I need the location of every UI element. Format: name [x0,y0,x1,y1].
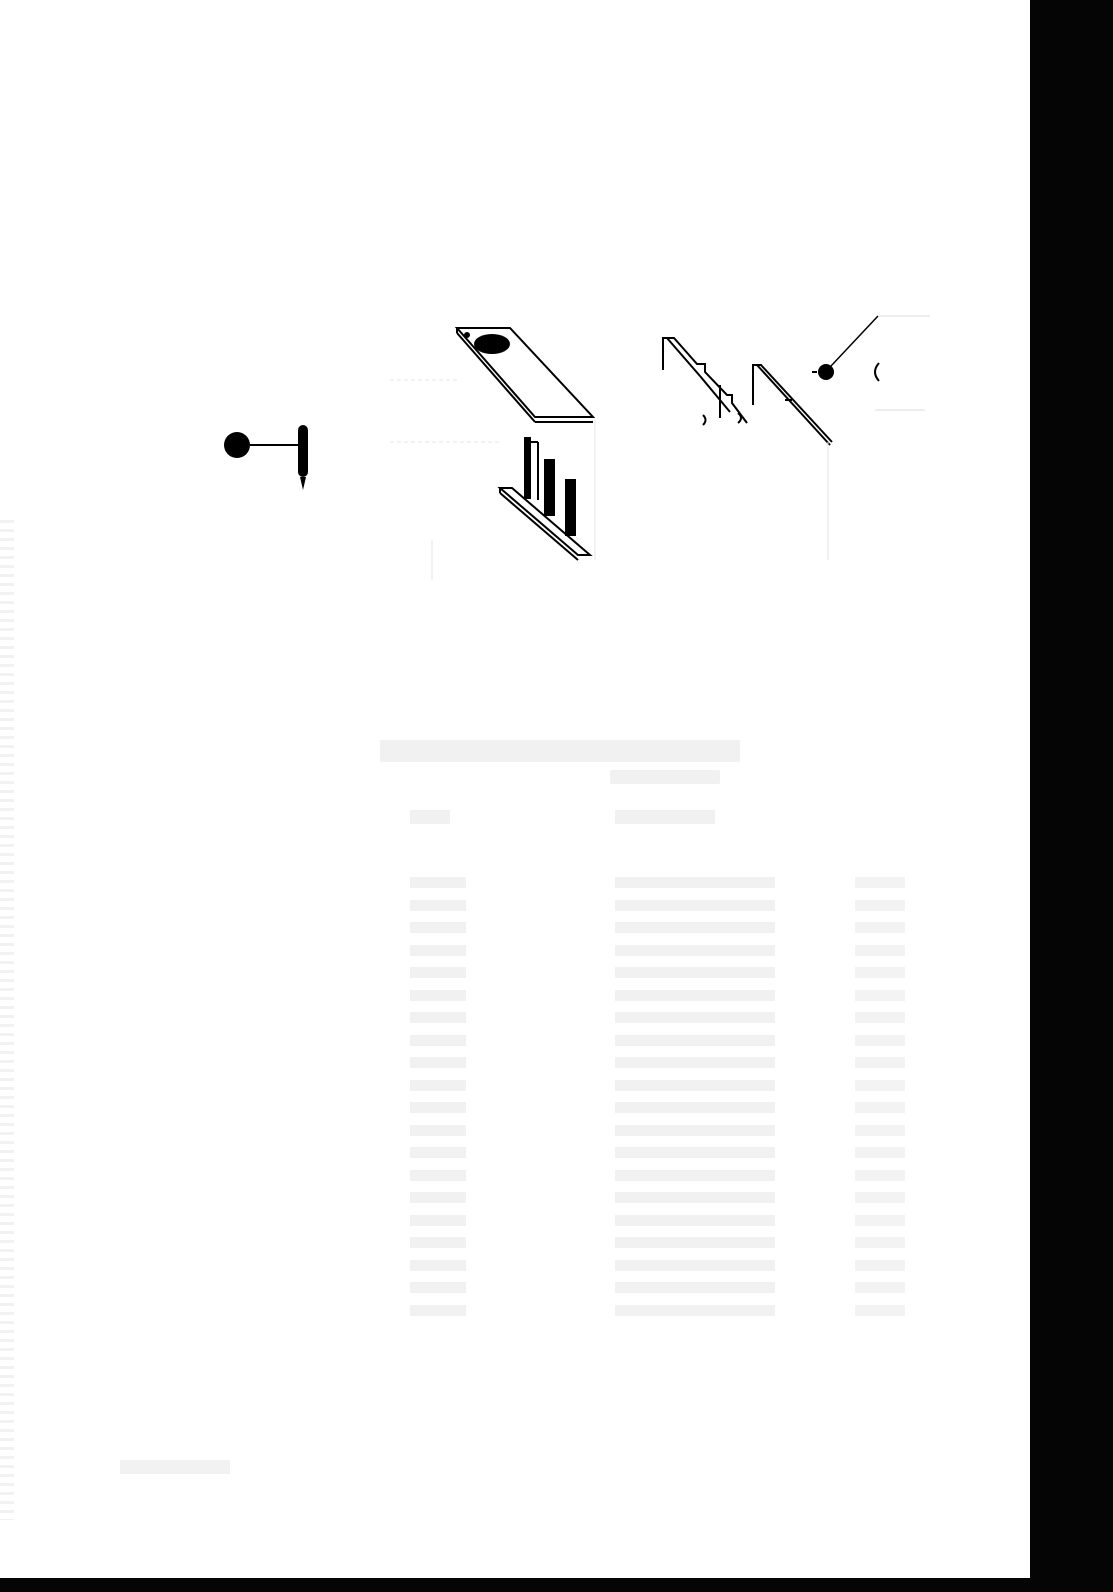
part-knob-on-pin [224,425,308,490]
part-number-cell [410,1282,466,1293]
description-cell [615,1305,775,1316]
part-number-cell [410,922,466,933]
description-cell [615,1237,775,1248]
quantity-cell [855,1305,905,1316]
part-number-cell [410,967,466,978]
quantity-cell [855,1147,905,1158]
part-number-cell [410,945,466,956]
table-row [410,895,920,918]
quantity-cell [855,1260,905,1271]
heading-title [380,740,740,762]
description-cell [615,877,775,888]
heading-subtitle [610,770,720,784]
quantity-cell [855,1102,905,1113]
table-row [410,940,920,963]
table-row [410,1255,920,1278]
part-notched-rail [663,338,832,445]
part-number-cell [410,1080,466,1091]
part-number-cell [410,900,466,911]
part-number-cell [410,1102,466,1113]
part-number-cell [410,1125,466,1136]
quantity-cell [855,1012,905,1023]
part-small-knob-with-leader [812,316,930,410]
table-row [410,1007,920,1030]
quantity-cell [855,945,905,956]
description-cell [615,1102,775,1113]
parts-list-rows [410,872,920,1322]
table-row [410,1120,920,1143]
description-cell [615,1192,775,1203]
part-number-cell [410,990,466,1001]
description-cell [615,1282,775,1293]
quantity-cell [855,967,905,978]
table-row [410,1052,920,1075]
page-footer [120,1460,230,1474]
part-number-cell [410,1147,466,1158]
scan-edge-right [1030,0,1113,1592]
table-row [410,1300,920,1323]
quantity-cell [855,990,905,1001]
description-cell [615,945,775,956]
part-number-cell [410,877,466,888]
description-cell [615,1035,775,1046]
quantity-cell [855,1192,905,1203]
quantity-cell [855,1080,905,1091]
column-header-part-number [410,810,450,824]
table-row [410,1232,920,1255]
quantity-cell [855,1057,905,1068]
quantity-cell [855,877,905,888]
exploded-parts-diagram [200,180,980,680]
part-number-cell [410,1012,466,1023]
table-row [410,962,920,985]
description-cell [615,990,775,1001]
description-cell [615,1012,775,1023]
table-row [410,917,920,940]
faint-leader-lines [390,380,828,580]
description-cell [615,1147,775,1158]
description-cell [615,1057,775,1068]
table-row [410,1187,920,1210]
scan-margin-noise [0,520,14,1520]
table-row [410,1030,920,1053]
scan-edge-bottom [0,1578,1030,1592]
quantity-cell [855,900,905,911]
quantity-cell [855,922,905,933]
table-row [410,985,920,1008]
table-row [410,1097,920,1120]
part-number-cell [410,1035,466,1046]
table-row [410,1165,920,1188]
table-row [410,1142,920,1165]
description-cell [615,1125,775,1136]
table-row [410,872,920,895]
description-cell [615,922,775,933]
part-number-cell [410,1237,466,1248]
part-number-cell [410,1305,466,1316]
table-row [410,1277,920,1300]
quantity-cell [855,1170,905,1181]
quantity-cell [855,1282,905,1293]
document-heading [380,740,750,792]
quantity-cell [855,1237,905,1248]
part-number-cell [410,1260,466,1271]
quantity-cell [855,1035,905,1046]
description-cell [615,900,775,911]
part-number-cell [410,1057,466,1068]
part-fin-ledge [500,438,590,560]
part-number-cell [410,1170,466,1181]
column-header-description [615,810,715,824]
part-number-cell [410,1215,466,1226]
part-number-cell [410,1192,466,1203]
table-row [410,1075,920,1098]
description-cell [615,1260,775,1271]
quantity-cell [855,1215,905,1226]
part-slanted-bracket-plate [457,328,593,422]
table-row [410,1210,920,1233]
description-cell [615,1080,775,1091]
quantity-cell [855,1125,905,1136]
description-cell [615,967,775,978]
exploded-view-drawing [200,180,980,680]
description-cell [615,1170,775,1181]
description-cell [615,1215,775,1226]
